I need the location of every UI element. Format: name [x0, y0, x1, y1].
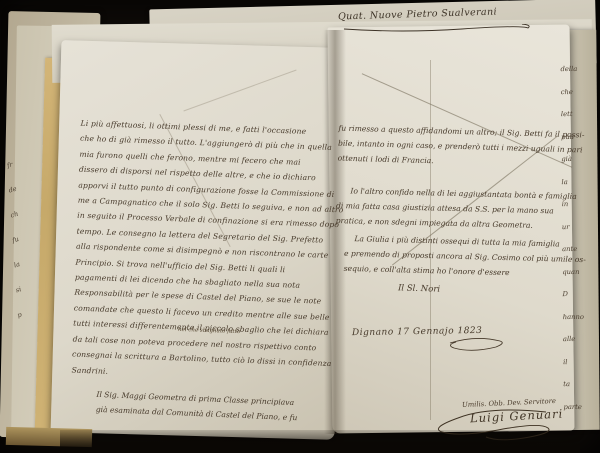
handwritten-line: p [14, 297, 46, 328]
handwritten-line: in [562, 193, 583, 216]
handwritten-line: il [563, 350, 584, 373]
handwritten-line: ta [563, 373, 584, 396]
handwritten-line: lett [561, 103, 582, 126]
handwritten-line: ante [562, 238, 583, 261]
right-edge-text-fragments: dellachelettpuagiàlainurantequanDhannoal… [560, 58, 584, 418]
handwritten-line: hanno [563, 305, 584, 328]
handwritten-line: della [560, 58, 581, 81]
handwritten-line: la [561, 170, 582, 193]
right-page-paragraph-2: Io l'altro confido nella di lei aggiusta… [335, 183, 576, 234]
margin-note: Il Sl. Nori [398, 283, 440, 294]
page-gutter-shadow [324, 30, 346, 434]
dateline-flourish [446, 337, 508, 353]
handwritten-line: D [562, 283, 583, 306]
photo-frame: Quat. Nuove Pietro Sualverani Li più aff… [0, 0, 600, 453]
handwritten-line: ur [562, 215, 583, 238]
handwritten-line: alle [563, 328, 584, 351]
handwritten-line: che [561, 80, 582, 103]
annotation-flourish [342, 24, 532, 34]
bottom-shadow [60, 430, 580, 453]
handwritten-line: già [561, 148, 582, 171]
handwritten-line: pua [561, 125, 582, 148]
left-page-body: Li più affettuosi, li ottimi plessi di m… [71, 116, 320, 387]
handwritten-line: quan [562, 260, 583, 283]
right-page-paragraph-1: fu rimesso a questo affidandomi un altro… [337, 121, 584, 173]
right-page-paragraph-3: La Giulia i più distinti ossequi di tutt… [343, 231, 586, 283]
handwritten-line: parte [563, 395, 584, 418]
